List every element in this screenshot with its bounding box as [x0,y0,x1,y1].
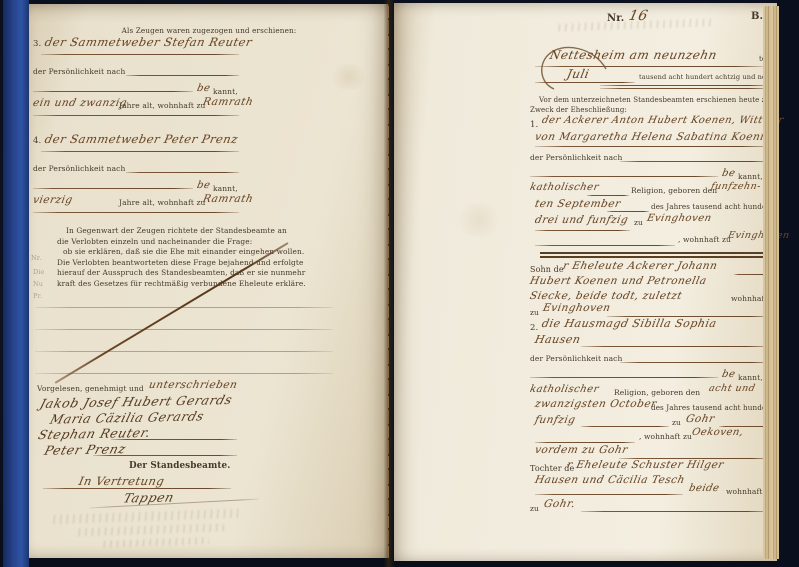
identity-label: der Persönlichkeit nach [530,153,622,162]
groom-parents-3: Siecke, beide todt, zuletzt [529,290,684,302]
ruled-line [587,195,629,196]
bride-line2: Hausen [534,333,582,346]
known-hand: be [721,168,737,179]
ruled-line [33,91,193,92]
paper-stain [329,64,369,90]
bride-birth-day-cont: zwanzigsten October [534,398,658,410]
zu-label: zu [530,308,539,317]
read-approved-hand: unterschrieben [148,379,239,391]
pen-flourish [534,39,614,91]
bleed-fragment: Nr. [31,254,41,262]
ruled-line [530,176,718,177]
bride-birth-day: acht und [708,383,757,394]
section-divider [540,256,770,258]
bride-parents-1: r Eheleute Schuster Hilger [566,459,725,471]
age-label: Jahre alt, wohnhaft zu [119,198,205,207]
ruled-line [535,146,770,147]
read-approved-label: Vorgelesen, genehmigt und [37,384,144,393]
right-page: Nr. 16 B. Nettesheim am neunzehn ten Jul… [394,3,777,561]
zu-label: zu [672,418,681,427]
witness3-age: ein und zwanzig [32,97,128,109]
witness4-residence: Ramrath [202,193,255,205]
book-cover-left [3,0,29,567]
bleed-fragment: Die [33,268,44,276]
witnesses-heading: Als Zeugen waren zugezogen und erschiene… [84,26,334,35]
ruled-line [43,488,231,489]
declaration-line: ob sie erklären, daß sie die Ehe mit ein… [57,247,345,258]
ruled-line [620,362,770,363]
groom-birth-place: Evinghoven [646,213,713,224]
ruled-line [535,494,683,495]
declaration-line: Die Verlobten beantworteten diese Frage … [57,258,345,269]
wohnhaft-zu-label: , wohnhaft zu [678,235,731,244]
known-hand: be [196,180,212,191]
year-label: des Jahres tausend acht hundert [651,202,773,211]
ruled-line [35,307,333,308]
bleed-scribble [554,18,714,32]
bleed-scribble [74,523,224,536]
ruled-line [111,439,237,440]
bride-residence: Oekoven, [691,427,745,438]
ruled-line [126,172,239,173]
intro-line: Vor dem unterzeichneten Standesbeamten e… [539,96,777,104]
witness3-entry: der Sammetweber Stefan Reuter [44,35,254,49]
ruled-line [607,211,649,212]
groom-residence: Evinghoven [727,230,791,241]
groom-line2: von Margaretha Helena Sabatina Koenigs [534,131,779,143]
wohnhaft-label: wohnhaft [726,487,763,496]
groom-parents-2: Hubert Koenen und Petronella [529,275,708,287]
groom-number: 1. [530,120,538,130]
zu-label: zu [634,218,643,227]
page-letter: B. [751,11,763,22]
bride-residence-2: vordem zu Gohr [534,444,629,456]
ruled-line [33,115,239,116]
known-hand: be [721,369,737,380]
known-hand: be [196,83,212,94]
witness4-age: vierzig [32,194,74,206]
zu-label: zu [530,504,539,513]
known-print: kannt, [213,87,238,96]
left-page: Als Zeugen waren zugezogen und erschiene… [29,4,389,558]
identity-label: der Persönlichkeit nach [33,164,125,173]
book-gutter [384,0,394,567]
groom-line1: der Ackerer Anton Hubert Koenen, Wittwer [541,115,785,126]
declaration-paragraph: In Gegenwart der Zeugen richtete der Sta… [57,226,345,290]
ruled-line [35,329,333,330]
ruled-line [620,161,770,162]
ruled-line [581,346,770,347]
signature-flourish [89,499,259,509]
ruled-line [35,351,333,352]
bride-birth-place: Gohr [685,413,716,425]
bleed-fragment: Nu [33,280,43,288]
ruled-line [535,230,630,231]
known-print: kannt, [213,184,238,193]
place-date-hand: Nettesheim am neunzehn [549,48,719,62]
bride-parents-2: Hausen und Cäcilia Tesch [534,474,686,486]
groom-birth-day-cont: ten September [534,198,622,210]
bleed-scribble [49,509,239,525]
bride-number: 2. [530,323,538,333]
groom-religion: katholischer [529,182,600,193]
signature-bride: Maria Cäzilia Gerards [48,408,206,426]
groom-birth-year: drei und funfzig [534,214,630,226]
wohnhaft-zu-label: , wohnhaft zu [639,432,692,441]
paper-stain [454,203,504,237]
witness3-number: 3. [33,39,41,49]
bride-parents-3: beide [688,483,721,494]
ruled-line [581,511,770,512]
month-hand: Juli [566,67,591,81]
declaration-line: In Gegenwart der Zeugen richtete der Sta… [57,226,345,237]
bride-line1: die Hausmagd Sibilla Sophia [541,317,718,330]
witness3-residence: Ramrath [202,96,255,108]
identity-label: der Persönlichkeit nach [33,67,125,76]
year-print: tausend acht hundert achtzig und neun. [639,73,777,81]
bride-religion: katholischer [529,384,600,395]
bleed-scribble [99,537,209,548]
ruled-line [33,212,239,213]
son-label: Sohn de [530,265,564,274]
witness4-number: 4. [33,136,41,146]
ruled-line [41,54,239,55]
ruled-line [41,151,239,152]
religion-label: Religion, geboren den [614,388,700,397]
ruled-line [35,373,333,374]
identity-label: der Persönlichkeit nach [530,354,622,363]
known-print: kannt, [738,172,763,181]
ruled-line [33,188,193,189]
religion-label: Religion, geboren den [631,186,717,195]
declaration-line: hierauf der Ausspruch des Standesbeamten… [57,268,345,279]
bride-birth-year: funfzig [534,414,577,426]
declaration-line: kraft des Gesetzes für rechtmäßig verbun… [57,279,345,290]
ruled-line [600,88,770,89]
year-label: des Jahres tausend acht hundert [651,403,773,412]
page-edge-stack [763,6,779,559]
witness4-entry: der Sammetweber Peter Prenz [44,132,240,146]
declaration-line: die Verlobten einzeln und nacheinander d… [57,237,345,248]
groom-parents-residence: Evinghoven [542,302,612,314]
known-print: kannt, [738,373,763,382]
bleed-fragment: Pr. [33,292,42,300]
registrar-label: Der Standesbeamte. [129,461,230,471]
ruled-line [600,85,770,86]
binding-seam [388,4,389,558]
ruled-line [581,426,669,427]
age-label: Jahre alt, wohnhaft zu [119,101,205,110]
section-divider [540,252,770,254]
ruled-line [535,442,635,443]
bride-parents-residence: Gohr. [543,498,577,510]
ruled-line [126,75,239,76]
ruled-line [93,455,237,456]
groom-parents-1: r Eheleute Ackerer Johann [562,260,719,272]
ruled-line [535,82,635,83]
intro-line: Zweck der Eheschließung: [530,106,627,114]
background-right [777,0,799,567]
groom-birth-day: funfzehn- [710,181,762,192]
registrar-deputy-hand: In Vertretung [78,474,166,488]
ruled-line [530,377,718,378]
registry-book-photo: Als Zeugen waren zugezogen und erschiene… [0,0,799,567]
ruled-line [535,245,675,246]
